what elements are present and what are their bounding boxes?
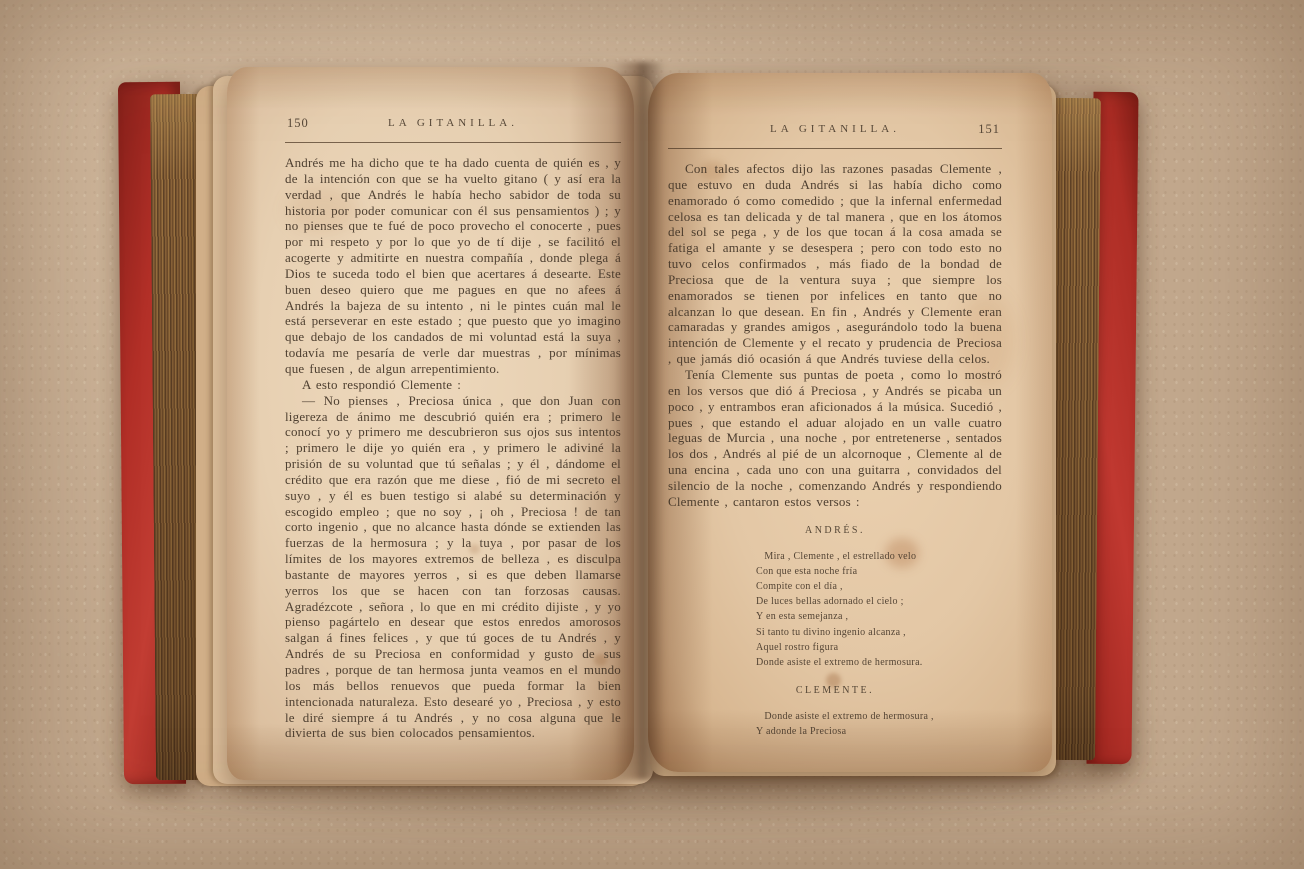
left-page: 150 LA GITANILLA. Andrés me ha dicho que…	[227, 67, 634, 780]
right-page: LA GITANILLA. 151 Con tales afectos dijo…	[648, 73, 1052, 772]
paragraph: Andrés me ha dicho que te ha dado cuenta…	[285, 155, 621, 377]
verse-stanza: Donde asiste el extremo de hermosura , Y…	[756, 709, 1002, 739]
left-page-header: 150 LA GITANILLA.	[285, 115, 621, 135]
right-page-header: LA GITANILLA. 151	[668, 121, 1002, 141]
page-number: 151	[978, 122, 1000, 137]
verse-section-clemente: CLEMENTE. Donde asiste el extremo de her…	[668, 685, 1002, 739]
photo-scene: 150 LA GITANILLA. Andrés me ha dicho que…	[0, 0, 1304, 869]
paragraph: A esto respondió Clemente :	[285, 377, 621, 393]
verse-stanza: Mira , Clemente , el estrellado velo Con…	[756, 549, 1002, 671]
header-rule	[285, 142, 621, 143]
running-title: LA GITANILLA.	[770, 123, 900, 135]
verse-speaker-heading: ANDRÉS.	[668, 525, 1002, 536]
paragraph: Con tales afectos dijo las razones pasad…	[668, 161, 1002, 367]
paragraph: Tenía Clemente sus puntas de poeta , com…	[668, 367, 1002, 510]
paragraph: — No pienses , Preciosa única , que don …	[285, 393, 621, 742]
header-rule	[668, 148, 1002, 149]
running-title: LA GITANILLA.	[388, 117, 518, 129]
right-page-text: Con tales afectos dijo las razones pasad…	[668, 161, 1002, 510]
verse-section-andres: ANDRÉS. Mira , Clemente , el estrellado …	[668, 525, 1002, 671]
page-number: 150	[287, 116, 309, 131]
verse-speaker-heading: CLEMENTE.	[668, 685, 1002, 696]
left-page-text: Andrés me ha dicho que te ha dado cuenta…	[285, 155, 621, 741]
